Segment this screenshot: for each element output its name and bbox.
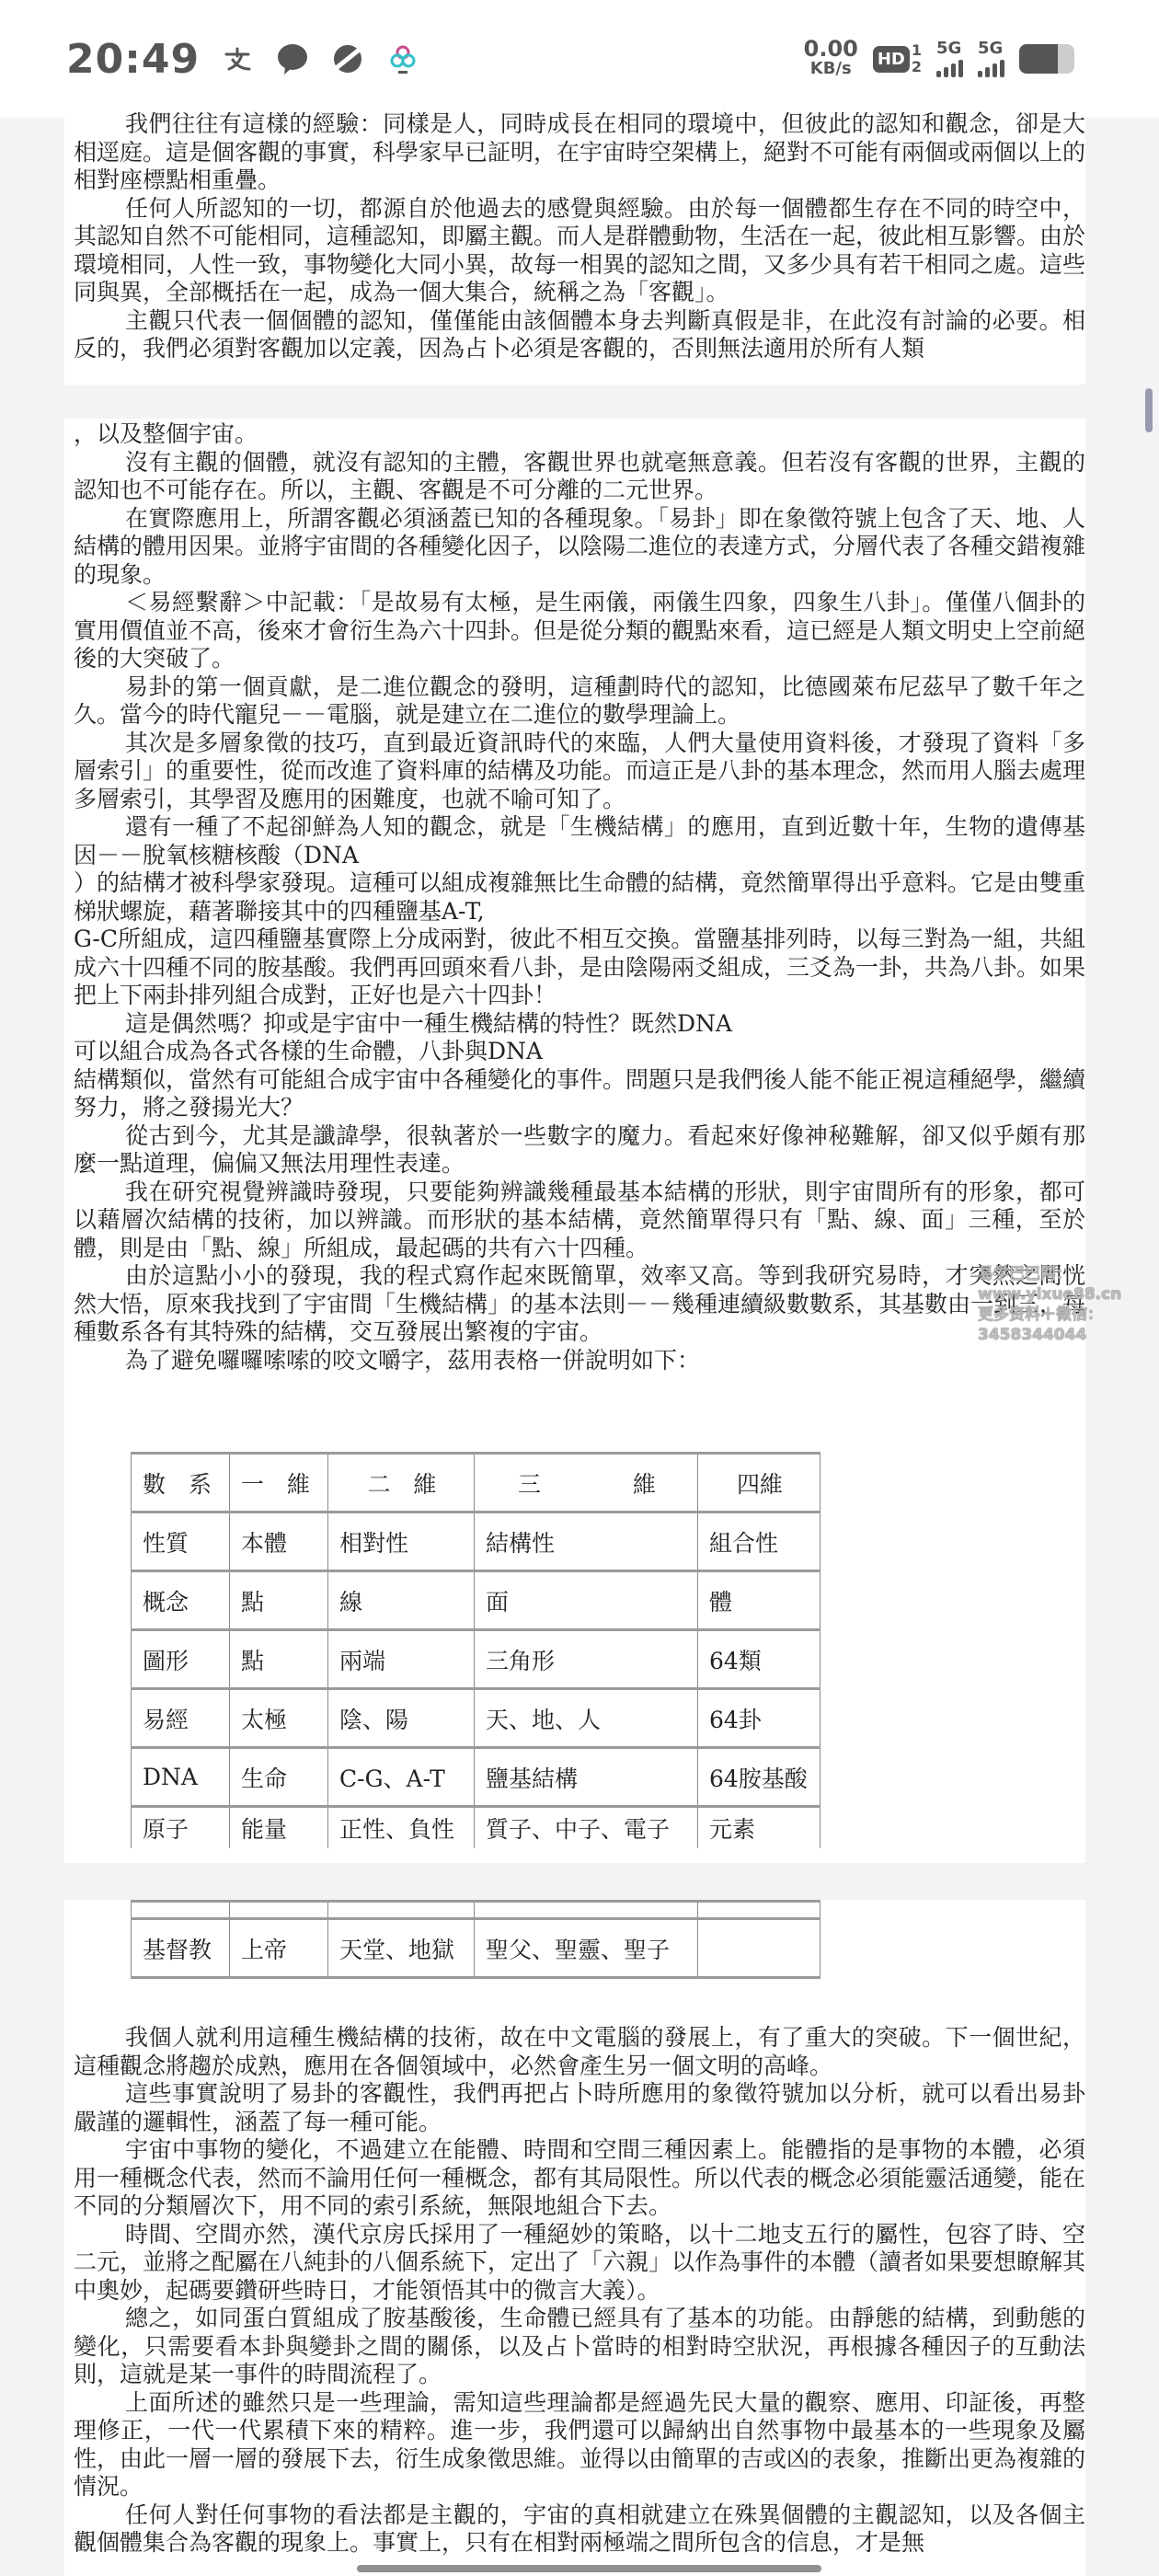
table-cell: 點 [230, 1571, 328, 1630]
text-selection-handle-bar[interactable] [357, 2565, 821, 2572]
paragraph: 我個人就利用這種生機結構的技術，故在中文電腦的發展上，有了重大的突破。下一個世紀… [74, 2024, 1085, 2080]
document-page-1: 我們往往有這樣的經驗：同樣是人，同時成長在相同的環境中，但彼此的認知和觀念，卻是… [64, 109, 1085, 385]
table-cell [132, 1902, 230, 1919]
dimension-table-continued: 基督教 上帝 天堂、地獄 聖父、聖靈、聖子 [131, 1900, 820, 1979]
paragraph: 這些事實說明了易卦的客觀性，我們再把占卜時所應用的象徵符號加以分析，就可以看出易… [74, 2080, 1085, 2136]
watermark-line-1: 易学巴巴网：www.yixue88.cn [978, 1264, 1159, 1305]
status-bar: 20:49 0.00 KB/s HD 1 2 5G [0, 0, 1159, 118]
table-cell: 易經 [132, 1689, 230, 1748]
message-bubble-icon [275, 41, 310, 76]
table-cell [475, 1902, 698, 1919]
table-row: 易經 太極 陰、陽 天、地、人 64卦 [132, 1689, 820, 1748]
app-notification-icon [385, 41, 420, 76]
table-cell: 太極 [230, 1689, 328, 1748]
table-cell: 64卦 [698, 1689, 820, 1748]
table-cell: C-G、A-T [328, 1748, 475, 1807]
table-cell: 面 [475, 1571, 698, 1630]
table-cell: 能量 [230, 1807, 328, 1849]
table-cell: 原子 [132, 1807, 230, 1849]
table-row: 概念 點 線 面 體 [132, 1571, 820, 1630]
table-row: DNA 生命 C-G、A-T 鹽基結構 64胺基酸 [132, 1748, 820, 1807]
paragraph: 這是偶然嗎？抑或是宇宙中一種生機結構的特性？既然DNA [74, 1010, 1085, 1039]
watermark: 易学巴巴网：www.yixue88.cn 更多资料＋微信：3458344044 [978, 1264, 1159, 1345]
vertical-scrollbar[interactable] [1145, 388, 1153, 432]
table-cell: 性質 [132, 1512, 230, 1571]
table-cell: 64類 [698, 1630, 820, 1689]
table-row: 性質 本體 相對性 結構性 組合性 [132, 1512, 820, 1571]
paragraph: 我們往往有這樣的經驗：同樣是人，同時成長在相同的環境中，但彼此的認知和觀念，卻是… [74, 110, 1085, 195]
network-speed: 0.00 KB/s [804, 39, 858, 79]
table-row: 原子 能量 正性、負性 質子、中子、電子 元素 [132, 1807, 820, 1849]
paragraph: ）的結構才被科學家發現。這種可以組成複雜無比生命體的結構，竟然簡單得出乎意料。它… [74, 869, 1085, 926]
table-cell: 天堂、地獄 [328, 1919, 475, 1978]
sim1-signal: 5G [936, 40, 963, 77]
paragraph: 主觀只代表一個個體的認知，僅僅能由該個體本身去判斷真假是非，在此沒有討論的必要。… [74, 307, 1085, 363]
paragraph: ＜易經繫辭＞中記載：「是故易有太極，是生兩儀，兩儀生四象，四象生八卦」。僅僅八個… [74, 589, 1085, 673]
watermark-line-2: 更多资料＋微信：3458344044 [978, 1305, 1159, 1345]
table-cell [698, 1902, 820, 1919]
table-cell: 結構性 [475, 1512, 698, 1571]
status-bar-left: 20:49 [66, 36, 420, 83]
table-cell: 組合性 [698, 1512, 820, 1571]
paragraph: 從古到今，尤其是讖諱學，很執著於一些數字的魔力。看起來好像神秘難解，卻又似乎頗有… [74, 1122, 1085, 1179]
table-cell [698, 1919, 820, 1978]
paragraph: 為了避免囉囉嗦嗦的咬文嚼字，茲用表格一併說明如下： [74, 1347, 1085, 1375]
paragraph: 易卦的第一個貢獻，是二進位觀念的發明，這種劃時代的認知，比德國萊布尼茲早了數千年… [74, 673, 1085, 730]
network-speed-unit: KB/s [810, 59, 852, 79]
paragraph: 還有一種了不起卻鮮為人知的觀念，就是「生機結構」的應用，直到近數十年，生物的遺傳… [74, 813, 1085, 869]
table-cell: 基督教 [132, 1919, 230, 1978]
table-cell: 兩端 [328, 1630, 475, 1689]
paragraph: 我在研究視覺辨識時發現，只要能夠辨識幾種最基本結構的形狀，則宇宙間所有的形象，都… [74, 1179, 1085, 1263]
table-cell: 本體 [230, 1512, 328, 1571]
paragraph-continuation: ，以及整個宇宙。 [74, 420, 1085, 449]
hd-sim-numbers: 1 2 [912, 42, 922, 75]
document-page-3: 基督教 上帝 天堂、地獄 聖父、聖靈、聖子 我個人就利用這種生機結構的技術，故在… [64, 1900, 1085, 2576]
paragraph: 由於這點小小的發現，我的程式寫作起來既簡單，效率又高。等到我研究易時，才突然之間… [74, 1262, 1085, 1347]
paragraph: 其次是多層象徵的技巧，直到最近資訊時代的來臨，人們大量使用資料後，才發現了資料「… [74, 730, 1085, 814]
table-cell: 三角形 [475, 1630, 698, 1689]
planet-browser-icon [330, 41, 365, 76]
table-cell: 圖形 [132, 1630, 230, 1689]
table-cell [328, 1902, 475, 1919]
status-bar-right: 0.00 KB/s HD 1 2 5G 5G [804, 39, 1074, 79]
clock: 20:49 [66, 36, 200, 83]
table-cell: 元素 [698, 1807, 820, 1849]
table-cell: 生命 [230, 1748, 328, 1807]
hd-voice-indicator: HD 1 2 [873, 42, 922, 75]
table-cell: 上帝 [230, 1919, 328, 1978]
paragraph: 總之，如同蛋白質組成了胺基酸後，生命體已經具有了基本的功能。由靜態的結構，到動態… [74, 2305, 1085, 2389]
signal-bars-icon [936, 57, 963, 77]
table-cell: 64胺基酸 [698, 1748, 820, 1807]
hd-icon: HD [873, 46, 910, 73]
table-header-row: 數 系 一 維 二 維 三 維 四維 [132, 1454, 820, 1512]
table-row: 圖形 點 兩端 三角形 64類 [132, 1630, 820, 1689]
table-header-cell: 四維 [698, 1454, 820, 1512]
paragraph: 時間、空間亦然，漢代京房氏採用了一種絕妙的策略，以十二地支五行的屬性，包容了時、… [74, 2221, 1085, 2306]
table-cell: 鹽基結構 [475, 1748, 698, 1807]
paragraph: 沒有主觀的個體，就沒有認知的主體，客觀世界也就毫無意義。但若沒有客觀的世界，主觀… [74, 449, 1085, 505]
table-row-stub [132, 1902, 820, 1919]
table-header-cell: 三 維 [475, 1454, 698, 1512]
table-cell: 質子、中子、電子 [475, 1807, 698, 1849]
network-speed-value: 0.00 [804, 39, 858, 59]
hd-sim-2: 2 [912, 59, 922, 75]
table-cell [230, 1902, 328, 1919]
paragraph: 結構類似，當然有可能組合成宇宙中各種變化的事件。問題只是我們後人能不能正視這種絕… [74, 1066, 1085, 1122]
table-cell: DNA [132, 1748, 230, 1807]
paragraph: 上面所述的雖然只是一些理論，需知這些理論都是經過先民大量的觀察、應用、印証後，再… [74, 2389, 1085, 2501]
table-cell: 概念 [132, 1571, 230, 1630]
table-header-cell: 二 維 [328, 1454, 475, 1512]
table-cell: 天、地、人 [475, 1689, 698, 1748]
signal-bars-icon [978, 57, 1004, 77]
paragraph: 在實際應用上，所謂客觀必須涵蓋已知的各種現象。「易卦」即在象徵符號上包含了天、地… [74, 505, 1085, 590]
battery-icon [1019, 44, 1074, 74]
table-header-cell: 數 系 [132, 1454, 230, 1512]
paragraph: 任何人對任何事物的看法都是主觀的，宇宙的真相就建立在殊異個體的主觀認知，以及各個… [74, 2501, 1085, 2558]
hd-sim-1: 1 [912, 42, 922, 59]
alipay-icon [220, 41, 255, 76]
paragraph: 可以組合成為各式各樣的生命體，八卦與DNA [74, 1038, 1085, 1066]
table-row: 基督教 上帝 天堂、地獄 聖父、聖靈、聖子 [132, 1919, 820, 1978]
sim1-network-type: 5G [936, 40, 961, 57]
sim2-network-type: 5G [978, 40, 1003, 57]
table-header-cell: 一 維 [230, 1454, 328, 1512]
table-cell: 正性、負性 [328, 1807, 475, 1849]
paragraph: G-C所組成，這四種鹽基實際上分成兩對，彼此不相互交換。當鹽基排列時，以每三對為… [74, 926, 1085, 1010]
document-page-2: ，以及整個宇宙。 沒有主觀的個體，就沒有認知的主體，客觀世界也就毫無意義。但若沒… [64, 419, 1085, 1863]
paragraph: 宇宙中事物的變化，不過建立在能體、時間和空間三種因素上。能體指的是事物的本體，必… [74, 2136, 1085, 2221]
table-cell: 相對性 [328, 1512, 475, 1571]
sim2-signal: 5G [978, 40, 1004, 77]
table-cell: 點 [230, 1630, 328, 1689]
table-cell: 聖父、聖靈、聖子 [475, 1919, 698, 1978]
paragraph: 任何人所認知的一切，都源自於他過去的感覺與經驗。由於每一個體都生存在不同的時空中… [74, 195, 1085, 307]
table-cell: 陰、陽 [328, 1689, 475, 1748]
table-cell: 體 [698, 1571, 820, 1630]
dimension-table: 數 系 一 維 二 維 三 維 四維 性質 本體 相對性 結構性 組合性 概念 … [131, 1452, 820, 1848]
table-cell: 線 [328, 1571, 475, 1630]
